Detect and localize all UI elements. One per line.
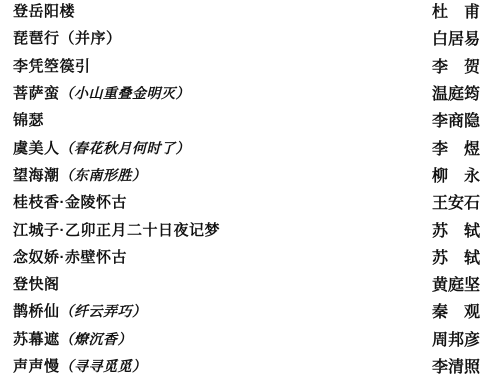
toc-row: 桂枝香·金陵怀古 王安石 (13, 188, 480, 215)
toc-author: 李清照 (432, 354, 480, 377)
toc-title: 琵琶行 (13, 30, 60, 47)
toc-author: 苏 轼 (432, 218, 480, 241)
toc-title-group: 登岳阳楼 (13, 0, 75, 21)
toc-subtitle: （并序） (60, 30, 122, 47)
toc-title-group: 江城子·乙卯正月二十日夜记梦 (13, 219, 220, 240)
toc-title-group: 鹊桥仙（纤云弄巧） (13, 300, 147, 321)
toc-author: 温庭筠 (432, 81, 480, 104)
toc-title-group: 苏幕遮（燎沉香） (13, 328, 132, 349)
toc-row: 苏幕遮（燎沉香） 周邦彦 (13, 325, 480, 352)
toc-row: 登快阁 黄庭坚 (13, 270, 480, 297)
toc-author: 李 煜 (432, 136, 480, 159)
toc-row: 登岳阳楼 杜 甫 (13, 0, 480, 24)
toc-author: 李 贺 (432, 54, 480, 77)
toc-title: 念奴娇·赤壁怀古 (13, 249, 127, 266)
toc-row: 锦瑟 李商隐 (13, 106, 480, 133)
toc-title-group: 桂枝香·金陵怀古 (13, 191, 127, 212)
toc-row: 江城子·乙卯正月二十日夜记梦 苏 轼 (13, 215, 480, 242)
toc-title-group: 虞美人（春花秋月何时了） (13, 137, 190, 158)
toc-author: 白居易 (432, 26, 480, 49)
toc-row: 琵琶行（并序） 白居易 (13, 24, 480, 51)
toc-row: 声声慢（寻寻觅觅） 李清照 (13, 352, 480, 379)
toc-row: 望海潮（东南形胜） 柳 永 (13, 161, 480, 188)
toc-title: 菩萨蛮 (13, 85, 60, 102)
toc-author: 秦 观 (432, 299, 480, 322)
toc-title: 声声慢 (13, 358, 60, 375)
toc-subtitle: （燎沉香） (60, 333, 133, 348)
toc-subtitle: （寻寻觅觅） (60, 360, 147, 375)
toc-row: 鹊桥仙（纤云弄巧） 秦 观 (13, 297, 480, 324)
toc-author: 黄庭坚 (432, 272, 480, 295)
toc-row: 菩萨蛮（小山重叠金明灭） 温庭筠 (13, 79, 480, 106)
toc-title: 桂枝香·金陵怀古 (13, 194, 127, 211)
toc-author: 李商隐 (432, 108, 480, 131)
toc-title: 江城子·乙卯正月二十日夜记梦 (13, 222, 220, 239)
toc-title: 望海潮 (13, 167, 60, 184)
toc-row: 虞美人（春花秋月何时了） 李 煜 (13, 133, 480, 160)
toc-title: 登岳阳楼 (13, 3, 75, 20)
toc-list: 登岳阳楼 杜 甫 琵琶行（并序） 白居易 李凭箜篌引 李 贺 菩萨蛮（小山重叠金… (13, 0, 480, 379)
toc-row: 李凭箜篌引 李 贺 (13, 52, 480, 79)
toc-title-group: 菩萨蛮（小山重叠金明灭） (13, 82, 190, 103)
toc-title-group: 锦瑟 (13, 109, 44, 130)
toc-title-group: 念奴娇·赤壁怀古 (13, 246, 127, 267)
toc-author: 王安石 (432, 190, 480, 213)
toc-title-group: 登快阁 (13, 273, 60, 294)
toc-title: 李凭箜篌引 (13, 58, 91, 75)
toc-title-group: 声声慢（寻寻觅觅） (13, 355, 147, 376)
toc-title-group: 李凭箜篌引 (13, 55, 91, 76)
toc-author: 苏 轼 (432, 245, 480, 268)
toc-subtitle: （纤云弄巧） (60, 305, 147, 320)
toc-title: 苏幕遮 (13, 331, 60, 348)
toc-subtitle: （小山重叠金明灭） (60, 87, 191, 102)
toc-row: 念奴娇·赤壁怀古 苏 轼 (13, 243, 480, 270)
toc-author: 周邦彦 (432, 327, 480, 350)
toc-title: 虞美人 (13, 140, 60, 157)
toc-author: 杜 甫 (432, 0, 480, 22)
toc-title: 锦瑟 (13, 112, 44, 129)
toc-author: 柳 永 (432, 163, 480, 186)
toc-subtitle: （春花秋月何时了） (60, 142, 191, 157)
toc-title: 登快阁 (13, 276, 60, 293)
toc-title: 鹊桥仙 (13, 303, 60, 320)
document-page: 登岳阳楼 杜 甫 琵琶行（并序） 白居易 李凭箜篌引 李 贺 菩萨蛮（小山重叠金… (0, 0, 500, 379)
toc-title-group: 琵琶行（并序） (13, 27, 122, 48)
toc-subtitle: （东南形胜） (60, 169, 147, 184)
toc-title-group: 望海潮（东南形胜） (13, 164, 147, 185)
